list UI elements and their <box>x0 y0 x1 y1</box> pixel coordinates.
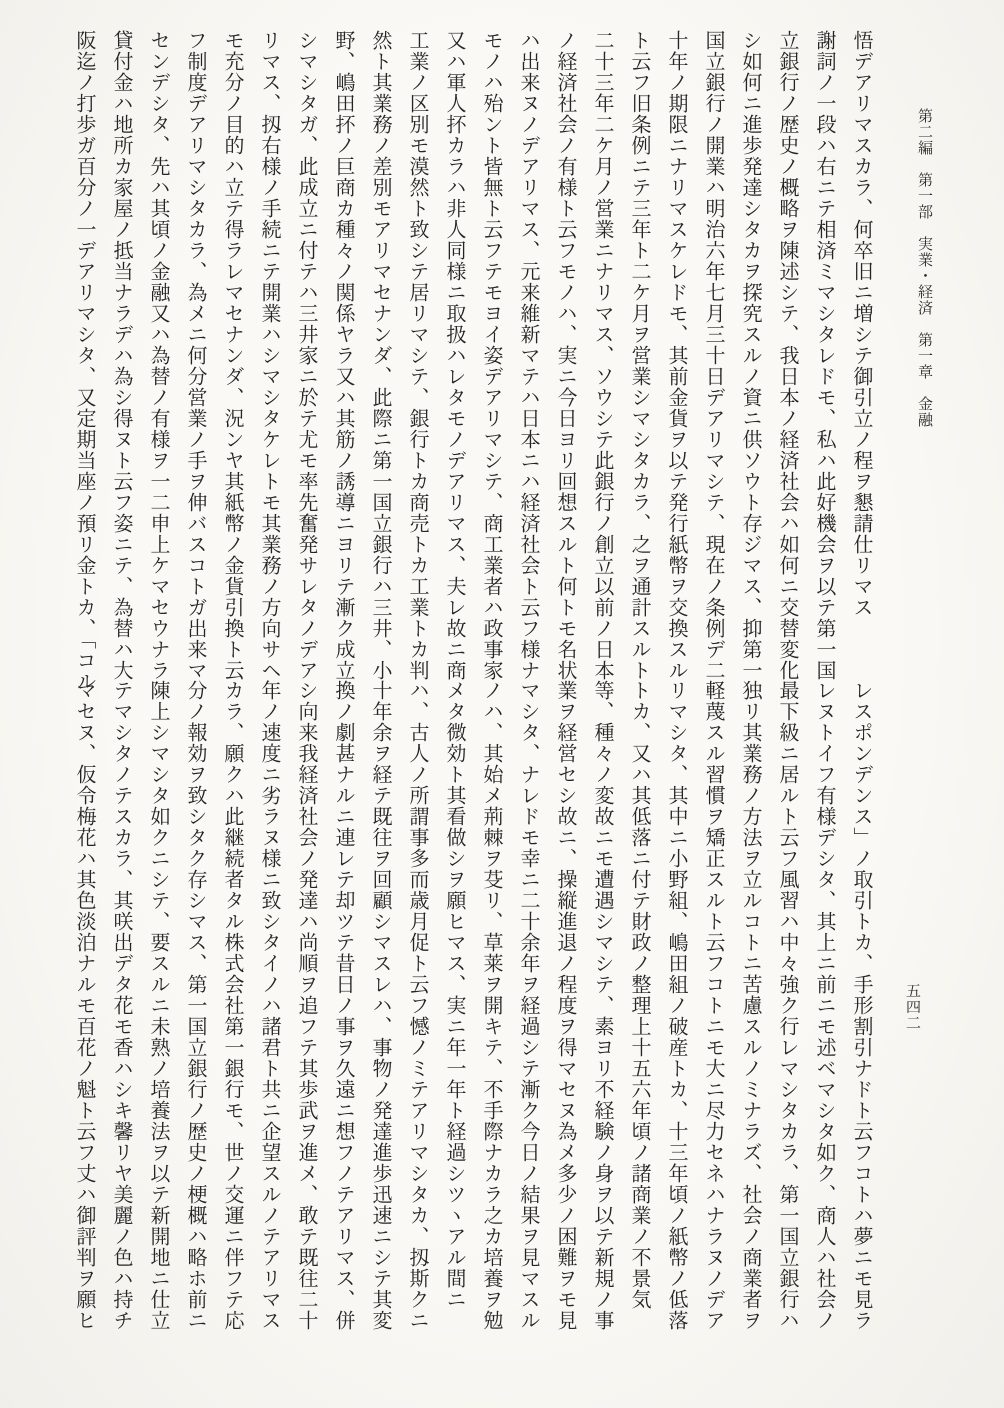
text-column: リマス、扨右様ノ手続ニテ開業ハシマシタケレトモ其業務ノ方向サヘ <box>251 30 288 692</box>
text-column: ハ出来ヌノデアリマス、元来維新マテハ日本ニハ経済社会ト云フ様ナ <box>510 30 547 692</box>
text-column: ハ、古人ノ所謂事多而歳月促ト云フ憾ノミテアリマシタカ、扨斯クニ <box>399 680 436 1331</box>
text-column: レスポンデンス」ノ取引トカ、手形割引ナドト云フコトハ夢ニモ見ラ <box>843 680 880 1331</box>
text-column: センデシタ、先ハ其頃ノ金融又ハ為替ノ有様ヲ一二申上ケマセウナラ <box>140 30 177 692</box>
text-column: マシタ、ナレドモ幸ニ二十余年ヲ経過シテ漸ク今日ノ結果ヲ見マスル <box>510 680 547 1331</box>
text-column: フ制度デアリマシタカラ、為メニ何分営業ノ手ヲ伸バスコトガ出来マ <box>177 30 214 692</box>
chapter-header: 第二編 第一部 実業・経済 第一章 金融 <box>915 108 936 428</box>
text-column: 年ノ速度ニ劣ラヌ様ニ致シタイノハ諸君ト共ニ企望スルノテアリマス <box>251 680 288 1331</box>
text-column: シ如何ニ進歩発達シタカヲ探究スルノ資ニ供ソウト存ジマス、抑第一 <box>732 30 769 692</box>
text-column: 最下級ニ居ルト云フ風習ハ中々強ク行レマシタカラ、第一国立銀行ハ <box>769 680 806 1331</box>
text-column: 分ノ報効ヲ致シタク存シマス、第一国立銀行ノ歴史ノ梗概ハ略ホ前ニ <box>177 680 214 1331</box>
text-column: テマシタノテスカラ、其咲出デタ花モ香ハシキ馨リヤ美麗ノ色ハ持チ <box>103 680 140 1331</box>
text-column: 二十三年二ケ月ノ営業ニナリマス、ソウシテ此銀行ノ創立以前ノ日本 <box>584 30 621 692</box>
text-column: シ向来我経済社会ノ発達ハ尚順ヲ追フテ其歩武ヲ進メ、敢テ既往二十 <box>288 680 325 1331</box>
text-column: 換ノ劇甚ナルニ連レテ却ツテ昔日ノ事ヲ久遠ニ想フノテアリマス、併 <box>325 680 362 1331</box>
text-column: モ充分ノ目的ハ立テ得ラレマセナンダ、況ンヤ其紙幣ノ金貨引換ト云 <box>214 30 251 692</box>
text-column: 軽蔑スル習慣ヲ矯正スルト云フコトニモ大ニ尽力セネハナラヌノデア <box>695 680 732 1331</box>
text-column: リマシタ、其中ニ小野組、嶋田組ノ破産トカ、十三年頃ノ紙幣ノ低落 <box>658 680 695 1331</box>
text-column: 謝詞ノ一段ハ右ニテ相済ミマシタレドモ、私ハ此好機会ヲ以テ第一国 <box>806 30 843 692</box>
page-number: 五四二 <box>903 983 924 1031</box>
text-column: 十年余ヲ経テ既往ヲ回顧シマスレハ、事物ノ発達進歩迅速ニシテ其変 <box>362 680 399 1331</box>
text-column: 陳上シマシタ如クニシテ、要スルニ未熟ノ培養法ヲ以テ新開地ニ仕立 <box>140 680 177 1331</box>
text-column: 独リ其業務ノ方法ヲ立ルコトニ苦慮スルノミナラズ、社会ノ商業者ヲ <box>732 680 769 1331</box>
text-column: ノハ、其始メ荊棘ヲ芟リ、草莱ヲ開キテ、不手際ナカラ之カ培養ヲ勉 <box>473 680 510 1331</box>
top-text-block: 悟デアリマスカラ、何卒旧ニ増シテ御引立ノ程ヲ懇請仕リマス 謝詞ノ一段ハ右ニテ相済… <box>66 30 880 692</box>
text-column: 又ハ軍人抔カラハ非人同様ニ取扱ハレタモノデアリマス、夫レ故ニ商 <box>436 30 473 692</box>
text-column: 立銀行ノ歴史ノ概略ヲ陳述シテ、我日本ノ経済社会ハ如何ニ交替変化 <box>769 30 806 692</box>
text-column: マセヌ、仮令梅花ハ其色淡泊ナルモ百花ノ魁ト云フ丈ハ御評判ヲ願ヒ <box>66 680 103 1331</box>
text-column: ト云フ旧条例ニテ三年ト二ケ月ヲ営業シマシタカラ、之ヲ通計スルト <box>621 30 658 692</box>
text-column: 貸付金ハ地所カ家屋ノ抵当ナラデハ為シ得ヌト云フ姿ニテ、為替ハ大 <box>103 30 140 692</box>
text-column: 十年ノ期限ニナリマスケレドモ、其前金貨ヲ以テ発行紙幣ヲ交換スル <box>658 30 695 692</box>
bottom-text-block: レスポンデンス」ノ取引トカ、手形割引ナドト云フコトハ夢ニモ見ラ レヌトイフ有様デ… <box>66 680 880 1331</box>
text-column: メタ微効ト其看做シヲ願ヒマス、実ニ年一年ト経過シツヽアル間ニ <box>436 680 473 1331</box>
text-column: モノハ殆ント皆無ト云フテモヨイ姿デアリマシテ、商工業者ハ政事家 <box>473 30 510 692</box>
text-column: トカ、又ハ其低落ニ付テ財政ノ整理上十五六年頃ノ諸商業ノ不景気 <box>621 680 658 1331</box>
text-column: 業ヲ経営セシ故ニ、操縦進退ノ程度ヲ得マセヌ為メ多少ノ困難ヲモ見 <box>547 680 584 1331</box>
text-column: 野、嶋田抔ノ巨商カ種々ノ関係ヤラ又ハ其筋ノ誘導ニヨリテ漸ク成立 <box>325 30 362 692</box>
text-column: 阪迄ノ打歩ガ百分ノ一デアリマシタ、又定期当座ノ預リ金トカ、「コル <box>66 30 103 692</box>
text-column: ノ経済社会ノ有様ト云フモノハ、実ニ今日ヨリ回想スルト何トモ名状 <box>547 30 584 692</box>
text-column: シマシタガ、此成立ニ付テハ三井家ニ於テ尤モ率先奮発サレタノデア <box>288 30 325 692</box>
text-column: 等、種々ノ変故ニモ遭遇シマシテ、素ヨリ不経験ノ身ヲ以テ新規ノ事 <box>584 680 621 1331</box>
text-column: カラ、願クハ此継続者タル株式会社第一銀行モ、世ノ交運ニ伴フテ応 <box>214 680 251 1331</box>
text-column: 然ト其業務ノ差別モアリマセナンダ、此際ニ第一国立銀行ハ三井、小 <box>362 30 399 692</box>
text-column: 国立銀行ノ開業ハ明治六年七月三十日デアリマシテ、現在ノ条例デ二 <box>695 30 732 692</box>
text-column: 悟デアリマスカラ、何卒旧ニ増シテ御引立ノ程ヲ懇請仕リマス <box>843 30 880 692</box>
text-column: レヌトイフ有様デシタ、其上ニ前ニモ述ベマシタ如ク、商人ハ社会ノ <box>806 680 843 1331</box>
scanned-page: 第二編 第一部 実業・経済 第一章 金融 五四二 悟デアリマスカラ、何卒旧ニ増シ… <box>0 0 1004 1408</box>
text-column: 工業ノ区別モ漠然ト致シテ居リマシテ、銀行トカ商売トカ工業トカ判 <box>399 30 436 692</box>
